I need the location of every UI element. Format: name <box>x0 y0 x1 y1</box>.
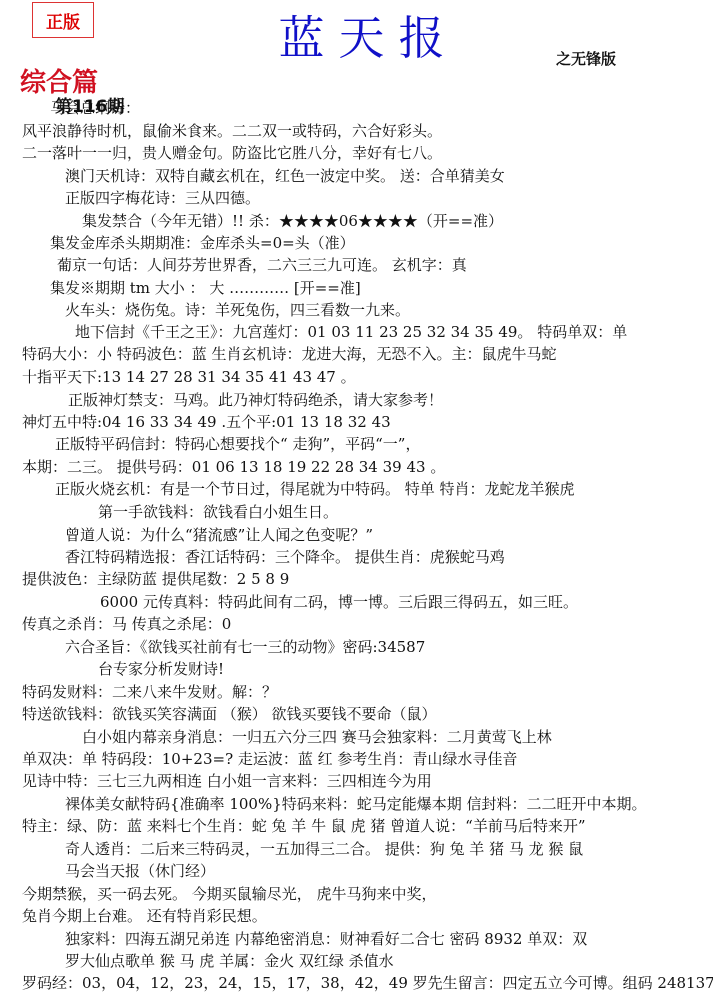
text-line: 二一落叶一一归，贵人赠金句。防盗比它胜八分，幸好有七八。 <box>22 143 442 163</box>
text-line: 风平浪静待时机，鼠偷米食来。二二双一或特码，六合好彩头。 <box>22 121 442 141</box>
text-line: 兔肖今期上台难。 还有特肖彩民想。 <box>22 906 267 926</box>
text-line: 特主：绿、防：蓝 来料七个生肖：蛇 兔 羊 牛 鼠 虎 猪 曾道人说：“羊前马后… <box>22 816 586 836</box>
text-line: 今期禁猴，买一码去死。 今期买鼠输尽光， 虎牛马狗来中奖， <box>22 884 437 904</box>
text-line: 香江特码精选报：香江话特码：三个降伞。 提供生肖：虎猴蛇马鸡 <box>65 547 505 567</box>
text-line: 特码发财料：二来八来牛发财。解：？ <box>22 682 277 702</box>
text-line: 正版神灯禁支：马鸡。此乃神灯特码绝杀，请大家参考！ <box>68 390 443 410</box>
text-line: 澳门天机诗：双特自藏玄机在，红色一波定中奖。 送：合单猜美女 <box>65 166 505 186</box>
text-line: 正版特平码信封：特码心想要找个“ 走狗”，平码“一”， <box>55 434 420 454</box>
text-line: 特码大小：小 特码波色：蓝 生肖玄机诗：龙进大海，无恐不入。主：鼠虎牛马蛇 <box>22 344 557 364</box>
text-line: 单双决：单 特码段：10+23=? 走运波：蓝 红 参考生肖：青山绿水寻佳音 <box>22 749 517 769</box>
text-line: 见诗中特：三七三九两相连 白小姐一言来料：三四相连今为用 <box>22 771 432 791</box>
text-line: 马会当天报（休门经） <box>65 861 215 881</box>
text-line: 独家料：四海五湖兄弟连 内幕绝密消息：财神看好二合七 密码 8932 单双：双 <box>65 929 587 949</box>
text-line: 集发※期期 tm 大小 ： 大 ………… [开==准] <box>50 278 361 298</box>
text-line: 正版火烧玄机：有是一个节日过，得尾就为中特码。 特单 特肖：龙蛇龙羊猴虎 <box>55 479 575 499</box>
edition-label: 之无锋版 <box>556 48 616 69</box>
text-line: 马会总纲诗： <box>50 98 140 118</box>
text-line: 罗码经：03，04，12，23，24，15，17，38，42，49 罗先生留言：… <box>22 973 713 993</box>
text-line: 曾道人说：为什么“猪流感”让人闻之色变呢？” <box>65 525 373 545</box>
text-line: 集发金库杀头期期准：金库杀头=0=头（准） <box>50 233 355 253</box>
text-line: 本期：二三。 提供号码：01 06 13 18 19 22 28 34 39 4… <box>22 457 445 477</box>
text-line: 6000 元传真料：特码此间有二码，博一博。三后跟三得码五，如三旺。 <box>100 592 578 612</box>
text-line: 地下信封《千王之王》：九宫莲灯：01 03 11 23 25 32 34 35 … <box>75 322 627 342</box>
text-line: 白小姐内幕亲身消息：一归五六分三四 赛马会独家料：二月黄莺飞上林 <box>82 727 552 747</box>
text-line: 奇人透肖：二后来三特码灵，一五加得三二合。 提供：狗 兔 羊 猪 马 龙 猴 鼠 <box>65 839 583 859</box>
text-line: 葡京一句话：人间芬芳世界香，二六三三九可连。 玄机字：真 <box>57 255 467 275</box>
text-line: 罗大仙点歌单 猴 马 虎 羊属：金火 双红绿 杀值水 <box>65 951 394 971</box>
text-line: 特送欲钱料：欲钱买笑容满面 （猴） 欲钱买要钱不要命（鼠） <box>22 704 437 724</box>
text-line: 裸体美女献特码{准确率 100%}特码来料：蛇马定能爆本期 信封料：二二旺开中本… <box>65 794 647 814</box>
text-line: 神灯五中特:04 16 33 34 49 .五个平:01 13 18 32 43 <box>22 412 391 432</box>
text-line: 传真之杀肖：马 传真之杀尾：0 <box>22 614 231 634</box>
text-line: 火车头：烧伤兔。诗：羊死兔伤，四三看数一九来。 <box>65 300 410 320</box>
text-line: 第一手欲钱料：欲钱看白小姐生日。 <box>98 502 338 522</box>
text-line: 正版四字梅花诗：三从四德。 <box>65 188 260 208</box>
text-line: 提供波色：主绿防蓝 提供尾数：2 5 8 9 <box>22 569 289 589</box>
text-line: 台专家分析发财诗! <box>98 659 224 679</box>
text-line: 十指平天下:13 14 27 28 31 34 35 41 43 47 。 <box>22 367 356 387</box>
text-line: 六合圣旨：《欲钱买社前有七一三的动物》密码:34587 <box>65 637 425 657</box>
text-line: 集发禁合（今年无错）!! 杀：★★★★06★★★★（开==准） <box>82 211 503 231</box>
